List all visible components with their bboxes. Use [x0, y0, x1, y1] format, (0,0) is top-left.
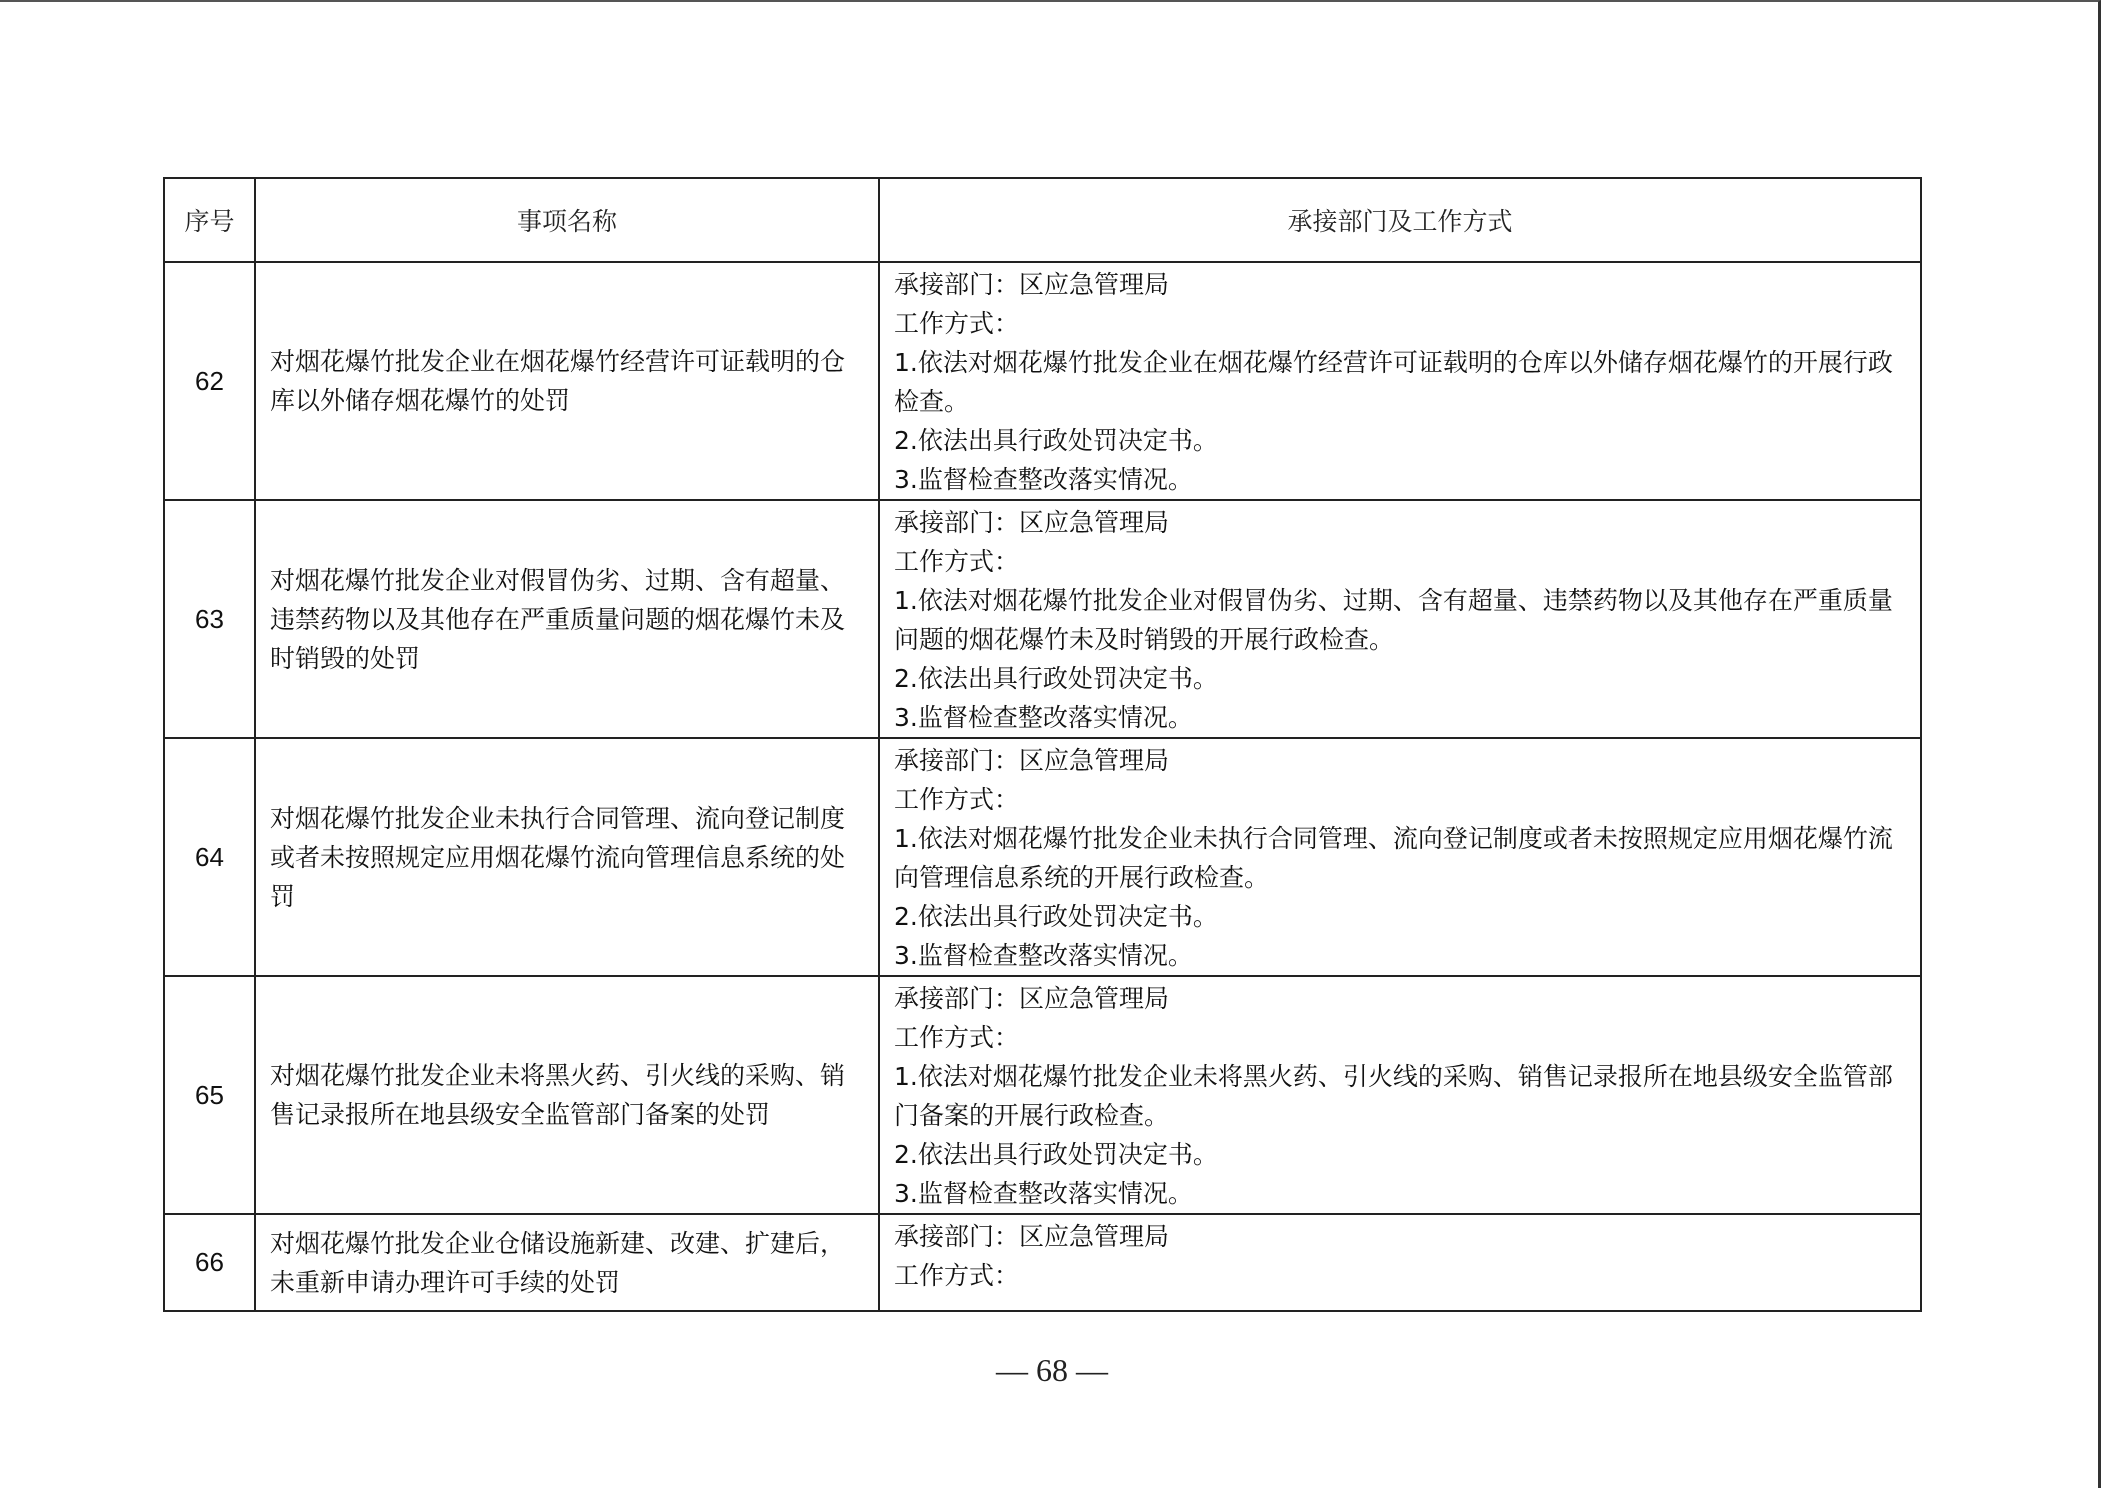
- table-row: 64 对烟花爆竹批发企业未执行合同管理、流向登记制度或者未按照规定应用烟花爆竹流…: [164, 738, 1921, 976]
- step-1: 1.依法对烟花爆竹批发企业未将黑火药、引火线的采购、销售记录报所在地县级安全监管…: [894, 1057, 1906, 1135]
- table-header-row: 序号 事项名称 承接部门及工作方式: [164, 178, 1921, 262]
- department-method-cell: 承接部门：区应急管理局 工作方式： 1.依法对烟花爆竹批发企业对假冒伪劣、过期、…: [879, 500, 1921, 738]
- method-label: 工作方式：: [894, 1256, 1906, 1295]
- row-number: 65: [164, 976, 255, 1214]
- items-table: 序号 事项名称 承接部门及工作方式 62 对烟花爆竹批发企业在烟花爆竹经营许可证…: [163, 177, 1922, 1312]
- step-2: 2.依法出具行政处罚决定书。: [894, 421, 1906, 460]
- row-number: 63: [164, 500, 255, 738]
- department-line: 承接部门：区应急管理局: [894, 979, 1906, 1018]
- item-name: 对烟花爆竹批发企业对假冒伪劣、过期、含有超量、违禁药物以及其他存在严重质量问题的…: [255, 500, 879, 738]
- item-name: 对烟花爆竹批发企业仓储设施新建、改建、扩建后，未重新申请办理许可手续的处罚: [255, 1214, 879, 1311]
- step-3: 3.监督检查整改落实情况。: [894, 1174, 1906, 1213]
- step-1: 1.依法对烟花爆竹批发企业未执行合同管理、流向登记制度或者未按照规定应用烟花爆竹…: [894, 819, 1906, 897]
- department-method-cell: 承接部门：区应急管理局 工作方式： 1.依法对烟花爆竹批发企业在烟花爆竹经营许可…: [879, 262, 1921, 500]
- row-number: 62: [164, 262, 255, 500]
- table-row: 65 对烟花爆竹批发企业未将黑火药、引火线的采购、销售记录报所在地县级安全监管部…: [164, 976, 1921, 1214]
- method-label: 工作方式：: [894, 1018, 1906, 1057]
- step-2: 2.依法出具行政处罚决定书。: [894, 897, 1906, 936]
- method-label: 工作方式：: [894, 304, 1906, 343]
- table-row: 66 对烟花爆竹批发企业仓储设施新建、改建、扩建后，未重新申请办理许可手续的处罚…: [164, 1214, 1921, 1311]
- item-name: 对烟花爆竹批发企业未将黑火药、引火线的采购、销售记录报所在地县级安全监管部门备案…: [255, 976, 879, 1214]
- header-department-method: 承接部门及工作方式: [879, 178, 1921, 262]
- item-name: 对烟花爆竹批发企业未执行合同管理、流向登记制度或者未按照规定应用烟花爆竹流向管理…: [255, 738, 879, 976]
- row-number: 66: [164, 1214, 255, 1311]
- header-serial-number: 序号: [164, 178, 255, 262]
- step-3: 3.监督检查整改落实情况。: [894, 936, 1906, 975]
- department-method-cell: 承接部门：区应急管理局 工作方式：: [879, 1214, 1921, 1311]
- step-1: 1.依法对烟花爆竹批发企业在烟花爆竹经营许可证载明的仓库以外储存烟花爆竹的开展行…: [894, 343, 1906, 421]
- page-number: — 68 —: [0, 1352, 2104, 1389]
- method-label: 工作方式：: [894, 780, 1906, 819]
- step-2: 2.依法出具行政处罚决定书。: [894, 659, 1906, 698]
- department-method-cell: 承接部门：区应急管理局 工作方式： 1.依法对烟花爆竹批发企业未执行合同管理、流…: [879, 738, 1921, 976]
- step-3: 3.监督检查整改落实情况。: [894, 460, 1906, 499]
- table-row: 62 对烟花爆竹批发企业在烟花爆竹经营许可证载明的仓库以外储存烟花爆竹的处罚 承…: [164, 262, 1921, 500]
- department-method-cell: 承接部门：区应急管理局 工作方式： 1.依法对烟花爆竹批发企业未将黑火药、引火线…: [879, 976, 1921, 1214]
- row-number: 64: [164, 738, 255, 976]
- step-3: 3.监督检查整改落实情况。: [894, 698, 1906, 737]
- step-1: 1.依法对烟花爆竹批发企业对假冒伪劣、过期、含有超量、违禁药物以及其他存在严重质…: [894, 581, 1906, 659]
- table-row: 63 对烟花爆竹批发企业对假冒伪劣、过期、含有超量、违禁药物以及其他存在严重质量…: [164, 500, 1921, 738]
- item-name: 对烟花爆竹批发企业在烟花爆竹经营许可证载明的仓库以外储存烟花爆竹的处罚: [255, 262, 879, 500]
- method-label: 工作方式：: [894, 542, 1906, 581]
- department-line: 承接部门：区应急管理局: [894, 503, 1906, 542]
- department-line: 承接部门：区应急管理局: [894, 741, 1906, 780]
- header-item-name: 事项名称: [255, 178, 879, 262]
- department-line: 承接部门：区应急管理局: [894, 265, 1906, 304]
- department-line: 承接部门：区应急管理局: [894, 1217, 1906, 1256]
- step-2: 2.依法出具行政处罚决定书。: [894, 1135, 1906, 1174]
